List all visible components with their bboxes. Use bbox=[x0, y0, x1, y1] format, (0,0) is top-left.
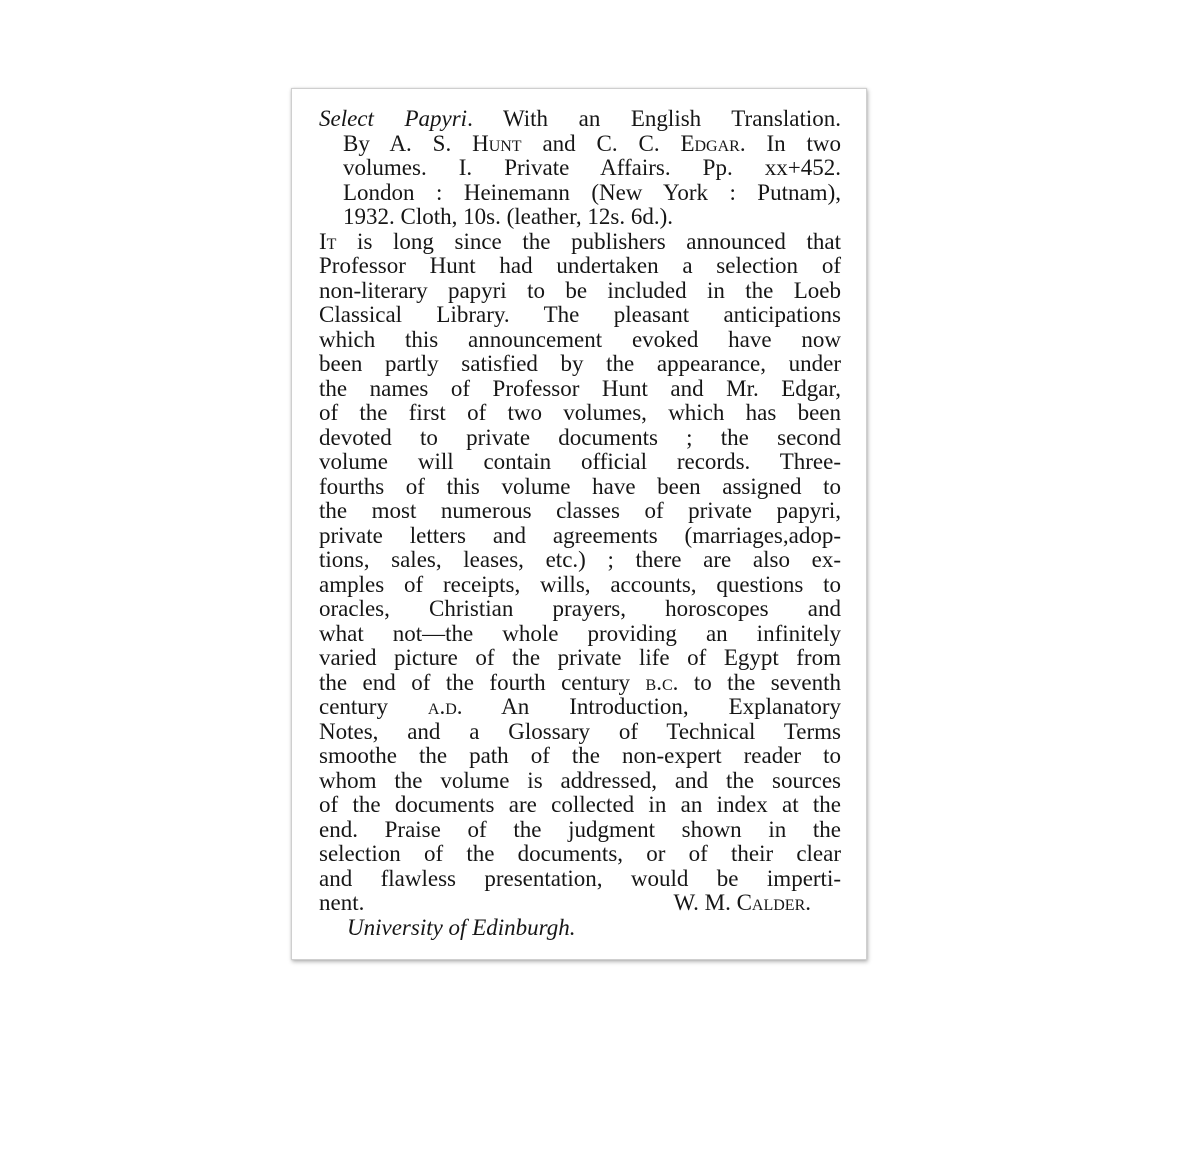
body-line: whom the volume is addressed, and the so… bbox=[319, 769, 841, 794]
body-line: of the documents are collected in an ind… bbox=[319, 793, 841, 818]
heading-line-5: 1932. Cloth, 10s. (leather, 12s. 6d.). bbox=[319, 205, 841, 230]
body-line-ad: century a.d. An Introduction, Explanator… bbox=[319, 695, 841, 720]
body-line: It is long since the publishers announce… bbox=[319, 230, 841, 255]
final-word: nent. bbox=[319, 891, 364, 916]
body-line: tions, sales, leases, etc.) ; there are … bbox=[319, 548, 841, 573]
book-title: Select Papyri bbox=[319, 106, 467, 131]
era-ad: a.d. bbox=[428, 694, 463, 719]
body-line: private letters and agreements (marriage… bbox=[319, 524, 841, 549]
body-line: and flawless presentation, would be impe… bbox=[319, 867, 841, 892]
body-line: Notes, and a Glossary of Technical Terms bbox=[319, 720, 841, 745]
body-line: which this announcement evoked have now bbox=[319, 328, 841, 353]
review-text: Select Papyri. With an English Translati… bbox=[319, 107, 841, 940]
signature-line: nent. W. M. Calder. bbox=[319, 891, 841, 916]
body-line: volume will contain official records. Th… bbox=[319, 450, 841, 475]
heading-line-4: London : Heinemann (New York : Putnam), bbox=[319, 181, 841, 206]
body-line: fourths of this volume have been assigne… bbox=[319, 475, 841, 500]
body-line: Professor Hunt had undertaken a selectio… bbox=[319, 254, 841, 279]
body-line: oracles, Christian prayers, horoscopes a… bbox=[319, 597, 841, 622]
body-line: devoted to private documents ; the secon… bbox=[319, 426, 841, 451]
author-hunt: Hunt bbox=[472, 131, 522, 156]
body-line: Classical Library. The pleasant anticipa… bbox=[319, 303, 841, 328]
body-line: the most numerous classes of private pap… bbox=[319, 499, 841, 524]
body-line: varied picture of the private life of Eg… bbox=[319, 646, 841, 671]
author-edgar: Edgar bbox=[680, 131, 739, 156]
body-line: of the first of two volumes, which has b… bbox=[319, 401, 841, 426]
reviewer-name: W. M. Calder. bbox=[674, 891, 841, 916]
heading-line-1: Select Papyri. With an English Translati… bbox=[319, 107, 841, 132]
body-line: end. Praise of the judgment shown in the bbox=[319, 818, 841, 843]
body-line: what not—the whole providing an infinite… bbox=[319, 622, 841, 647]
reviewer-affiliation: University of Edinburgh. bbox=[319, 916, 841, 941]
heading-line-3: volumes. I. Private Affairs. Pp. xx+452. bbox=[319, 156, 841, 181]
era-bc: b.c. bbox=[646, 670, 679, 695]
body-line-bc: the end of the fourth century b.c. to th… bbox=[319, 671, 841, 696]
body-line: smoothe the path of the non-expert reade… bbox=[319, 744, 841, 769]
body-line: the names of Professor Hunt and Mr. Edga… bbox=[319, 377, 841, 402]
body-line: selection of the documents, or of their … bbox=[319, 842, 841, 867]
document-page: Select Papyri. With an English Translati… bbox=[291, 88, 867, 960]
body-line: been partly satisfied by the appearance,… bbox=[319, 352, 841, 377]
body-line: amples of receipts, wills, accounts, que… bbox=[319, 573, 841, 598]
body-line: non-literary papyri to be included in th… bbox=[319, 279, 841, 304]
heading-line-2: By A. S. Hunt and C. C. Edgar. In two bbox=[319, 132, 841, 157]
